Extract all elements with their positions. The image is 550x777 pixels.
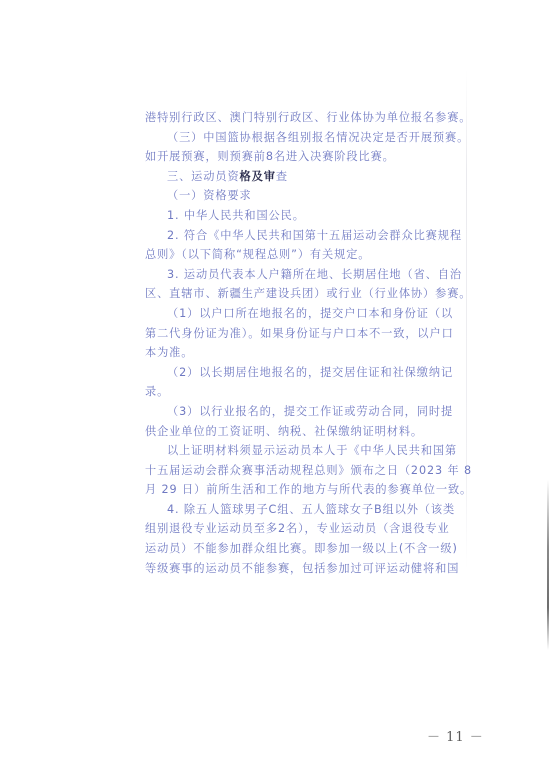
- text-line: 3. 运动员代表本人户籍所在地、长期居住地（省、自治: [145, 265, 475, 285]
- heading-part: 查: [276, 170, 288, 183]
- text-line: 本为准。: [145, 343, 475, 363]
- text-line: （2）以长期居住地报名的，提交居住证和社保缴纳记: [145, 363, 475, 383]
- section-heading: 三、运动员资格及审查: [145, 167, 475, 187]
- text-line: （三）中国篮协根据各组别报名情况决定是否开展预赛。: [145, 128, 475, 148]
- text-line: 组别退役专业运动员至多2名），专业运动员（含退役专业: [145, 519, 475, 539]
- text-line: 第二代身份证为准）。如果身份证与户口本不一致，以户口: [145, 324, 475, 344]
- text-line: 录。: [145, 382, 475, 402]
- text-line: 港特别行政区、澳门特别行政区、行业体协为单位报名参赛。: [145, 108, 475, 128]
- text-line: 运动员）不能参加群众组比赛。即参加一级以上(不含一级): [145, 539, 475, 559]
- scanned-page-number: 7: [279, 565, 283, 572]
- text-line: 1. 中华人民共和国公民。: [145, 206, 475, 226]
- text-line: 十五届运动会群众赛事活动规程总则》颁布之日（2023 年 8: [145, 461, 475, 481]
- text-line: 以上证明材料须显示运动员本人于《中华人民共和国第: [145, 441, 475, 461]
- subsection-heading: （一）资格要求: [145, 186, 475, 206]
- document-right-edge-shadow: [547, 480, 549, 650]
- text-line: 2. 符合《中华人民共和国第十五届运动会群众比赛规程: [145, 226, 475, 246]
- text-line: 等级赛事的运动员不能参赛，包括参加过可评运动健将和国: [145, 559, 475, 579]
- text-line: 供企业单位的工资证明、纳税、社保缴纳证明材料。: [145, 422, 475, 442]
- text-line: 4. 除五人篮球男子C组、五人篮球女子B组以外（该类: [145, 500, 475, 520]
- text-line: 总则》（以下简称“规程总则”）有关规定。: [145, 245, 475, 265]
- heading-part: 三、运动员: [167, 170, 227, 183]
- text-line: 如开展预赛，则预赛前8名进入决赛阶段比赛。: [145, 147, 475, 167]
- text-line: 月 29 日）前所生活和工作的地方与所代表的参赛单位一致。: [145, 480, 475, 500]
- heading-part: 资: [227, 170, 239, 183]
- text-line: （3）以行业报名的，提交工作证或劳动合同，同时提: [145, 402, 475, 422]
- scanned-page-body: 港特别行政区、澳门特别行政区、行业体协为单位报名参赛。 （三）中国篮协根据各组别…: [145, 108, 475, 578]
- heading-part: 格及审: [240, 170, 276, 183]
- text-line: 区、直辖市、新疆生产建设兵团）或行业（行业体协）参赛。: [145, 284, 475, 304]
- page-number: － 11 －: [427, 726, 484, 745]
- text-line: （1）以户口所在地报名的，提交户口本和身份证（以: [145, 304, 475, 324]
